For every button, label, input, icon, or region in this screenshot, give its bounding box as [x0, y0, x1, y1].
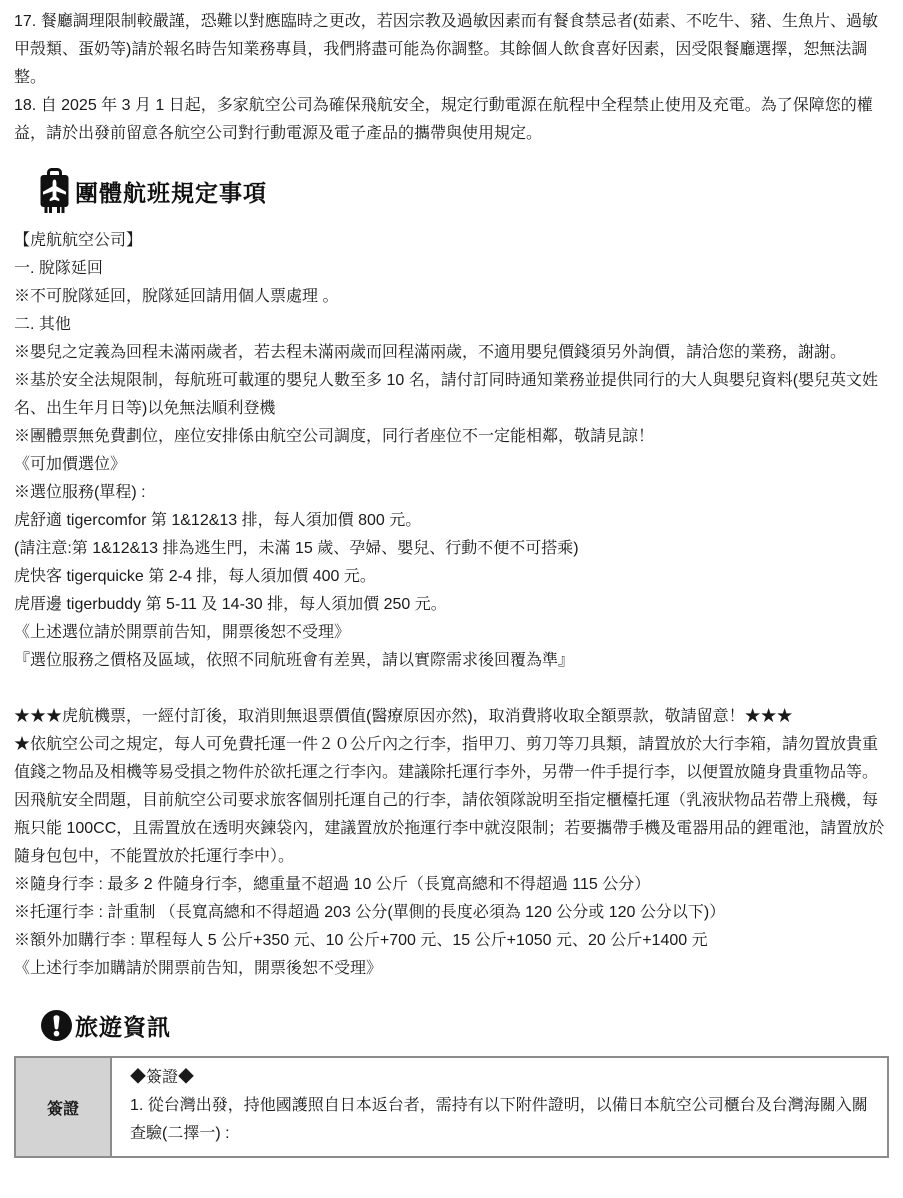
flight-paragraph: 【虎航航空公司】 — [14, 227, 889, 255]
visa-line: ◆簽證◆ — [130, 1064, 869, 1092]
row-content-visa: ◆簽證◆1. 從台灣出發，持他國護照自日本返台者，需持有以下附件證明，以備日本航… — [111, 1057, 888, 1157]
flight-paragraph: 虎厝邊 tigerbuddy 第 5-11 及 14-30 排，每人須加價 25… — [14, 591, 889, 619]
intro-paragraphs: 17. 餐廳調理限制較嚴謹，恐難以對應臨時之更改，若因宗教及過敏因素而有餐食禁忌… — [14, 8, 889, 148]
travel-section-title: 旅遊資訊 — [75, 1009, 171, 1042]
table-row-visa: 簽證 ◆簽證◆1. 從台灣出發，持他國護照自日本返台者，需持有以下附件證明，以備… — [15, 1057, 888, 1157]
flight-paragraph — [14, 675, 889, 703]
flight-paragraph: 《上述行李加購請於開票前告知，開票後恕不受理》 — [14, 955, 889, 983]
flight-paragraph: ※托運行李 : 計重制 （長寬高總和不得超過 203 公分(單側的長度必須為 1… — [14, 899, 889, 927]
travel-section-heading: 旅遊資訊 — [40, 1009, 889, 1042]
flight-paragraph: 二. 其他 — [14, 311, 889, 339]
flight-section-paragraphs: 【虎航航空公司】一. 脫隊延回※不可脫隊延回，脫隊延回請用個人票處理 。二. 其… — [14, 227, 889, 983]
travel-info-table: 簽證 ◆簽證◆1. 從台灣出發，持他國護照自日本返台者，需持有以下附件證明，以備… — [14, 1056, 889, 1158]
visa-line: 1. 從台灣出發，持他國護照自日本返台者，需持有以下附件證明，以備日本航空公司櫃… — [130, 1092, 869, 1148]
visa-lines: ◆簽證◆1. 從台灣出發，持他國護照自日本返台者，需持有以下附件證明，以備日本航… — [130, 1064, 869, 1148]
flight-section-title: 團體航班規定事項 — [75, 175, 267, 208]
flight-paragraph: 『選位服務之價格及區域，依照不同航班會有差異，請以實際需求後回覆為準』 — [14, 647, 889, 675]
flight-paragraph: ※嬰兒之定義為回程未滿兩歲者，若去程未滿兩歲而回程滿兩歲，不適用嬰兒價錢須另外詢… — [14, 339, 889, 367]
flight-section-heading: 團體航班規定事項 — [38, 168, 889, 215]
exclamation-icon — [40, 1009, 73, 1042]
luggage-plane-icon — [38, 168, 71, 215]
flight-paragraph: 《上述選位請於開票前告知，開票後恕不受理》 — [14, 619, 889, 647]
flight-paragraph: ※選位服務(單程) : — [14, 479, 889, 507]
flight-paragraph: ※基於安全法規限制，每航班可載運的嬰兒人數至多 10 名，請付訂同時通知業務並提… — [14, 367, 889, 423]
flight-paragraph: (請注意:第 1&12&13 排為逃生門，未滿 15 歲、孕婦、嬰兒、行動不便不… — [14, 535, 889, 563]
intro-paragraph: 17. 餐廳調理限制較嚴謹，恐難以對應臨時之更改，若因宗教及過敏因素而有餐食禁忌… — [14, 8, 889, 92]
flight-paragraph: 一. 脫隊延回 — [14, 255, 889, 283]
flight-paragraph: ※不可脫隊延回，脫隊延回請用個人票處理 。 — [14, 283, 889, 311]
intro-paragraph: 18. 自 2025 年 3 月 1 日起，多家航空公司為確保飛航安全，規定行動… — [14, 92, 889, 148]
flight-paragraph: 虎舒適 tigercomfor 第 1&12&13 排，每人須加價 800 元。 — [14, 507, 889, 535]
flight-paragraph: 虎快客 tigerquicke 第 2-4 排，每人須加價 400 元。 — [14, 563, 889, 591]
flight-paragraph: ※團體票無免費劃位，座位安排係由航空公司調度，同行者座位不一定能相鄰，敬請見諒！ — [14, 423, 889, 451]
flight-paragraph: 《可加價選位》 — [14, 451, 889, 479]
row-header-visa: 簽證 — [15, 1057, 111, 1157]
flight-paragraph: ★★★虎航機票，一經付訂後，取消則無退票價值(醫療原因亦然)，取消費將收取全額票… — [14, 703, 889, 731]
flight-paragraph: ※額外加購行李 : 單程每人 5 公斤+350 元、10 公斤+700 元、15… — [14, 927, 889, 955]
flight-paragraph: ★依航空公司之規定，每人可免費托運一件２０公斤內之行李，指甲刀、剪刀等刀具類，請… — [14, 731, 889, 871]
document-page: 17. 餐廳調理限制較嚴謹，恐難以對應臨時之更改，若因宗教及過敏因素而有餐食禁忌… — [0, 0, 903, 1158]
flight-paragraph: ※隨身行李 : 最多 2 件隨身行李，總重量不超過 10 公斤（長寬高總和不得超… — [14, 871, 889, 899]
